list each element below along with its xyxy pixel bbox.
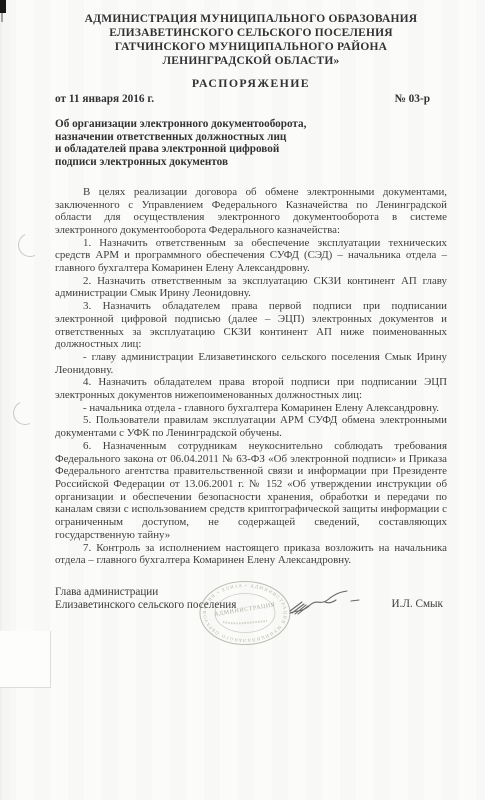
paragraph-subitem: - главу администрации Елизаветинского се… (55, 351, 447, 376)
subject-line: и обладателей права электронной цифровой (55, 143, 447, 156)
date-number-row: от 11 января 2016 г. № 03-р (55, 93, 447, 105)
scan-corner-artifact (0, 0, 6, 13)
subject-line: назначении ответственных должностных лиц (55, 131, 447, 144)
stamp-center-text: АДМИНИСТРАЦИЯ (214, 602, 276, 618)
signer-name: И.Л. Смык (391, 598, 443, 612)
handwritten-signature (287, 589, 367, 619)
paragraph-item-1: 1. Назначить ответственным за обеспечени… (55, 237, 447, 275)
document-content: АДМИНИСТРАЦИЯ МУНИЦИПАЛЬНОГО ОБРАЗОВАНИЯ… (55, 12, 447, 613)
paragraph-item-2: 2. Назначить ответственным за эксплуатац… (55, 275, 447, 300)
organization-header: АДМИНИСТРАЦИЯ МУНИЦИПАЛЬНОГО ОБРАЗОВАНИЯ… (55, 12, 447, 68)
document-date: от 11 января 2016 г. (55, 93, 154, 105)
paragraph-item-4: 4. Назначить обладателем права второй по… (55, 376, 447, 401)
paragraph-subitem: - начальника отдела - главного бухгалтер… (55, 402, 447, 415)
official-round-stamp: • АДМИНИСТРАЦИЯ МУНИЦИПАЛЬНОГО ОБРАЗОВАН… (197, 580, 293, 648)
org-header-line: ЛЕНИНГРАДСКОЙ ОБЛАСТИ» (55, 54, 447, 68)
subject-line: Об организации электронного документообо… (55, 118, 447, 131)
org-header-line: ЕЛИЗАВЕТИНСКОГО СЕЛЬСКОГО ПОСЕЛЕНИЯ (55, 26, 447, 40)
document-type-title: РАСПОРЯЖЕНИЕ (55, 77, 447, 90)
document-subject: Об организации электронного документообо… (55, 118, 447, 169)
org-header-line: АДМИНИСТРАЦИЯ МУНИЦИПАЛЬНОГО ОБРАЗОВАНИЯ (55, 12, 447, 26)
document-body: В целях реализации договора об обмене эл… (55, 186, 447, 567)
subject-line: подписи электронных документов (55, 156, 447, 169)
paragraph-item-5: 5. Пользователи правилам эксплуатации АР… (55, 414, 447, 439)
scanned-document-page: АДМИНИСТРАЦИЯ МУНИЦИПАЛЬНОГО ОБРАЗОВАНИЯ… (0, 0, 485, 800)
paragraph-item-7: 7. Контроль за исполнением настоящего пр… (55, 542, 447, 567)
punch-hole-mark (15, 230, 46, 261)
paragraph-item-6: 6. Назначенным сотрудникам неукоснительн… (55, 440, 447, 542)
punch-hole-mark (10, 398, 41, 429)
paragraph-item-3: 3. Назначить обладателем права первой по… (55, 300, 447, 351)
document-number: № 03-р (394, 93, 430, 105)
org-header-line: ГАТЧИНСКОГО МУНИЦИПАЛЬНОГО РАЙОНА (55, 40, 447, 54)
paragraph-intro: В целях реализации договора об обмене эл… (55, 186, 447, 237)
scan-paper-patch (0, 631, 51, 688)
